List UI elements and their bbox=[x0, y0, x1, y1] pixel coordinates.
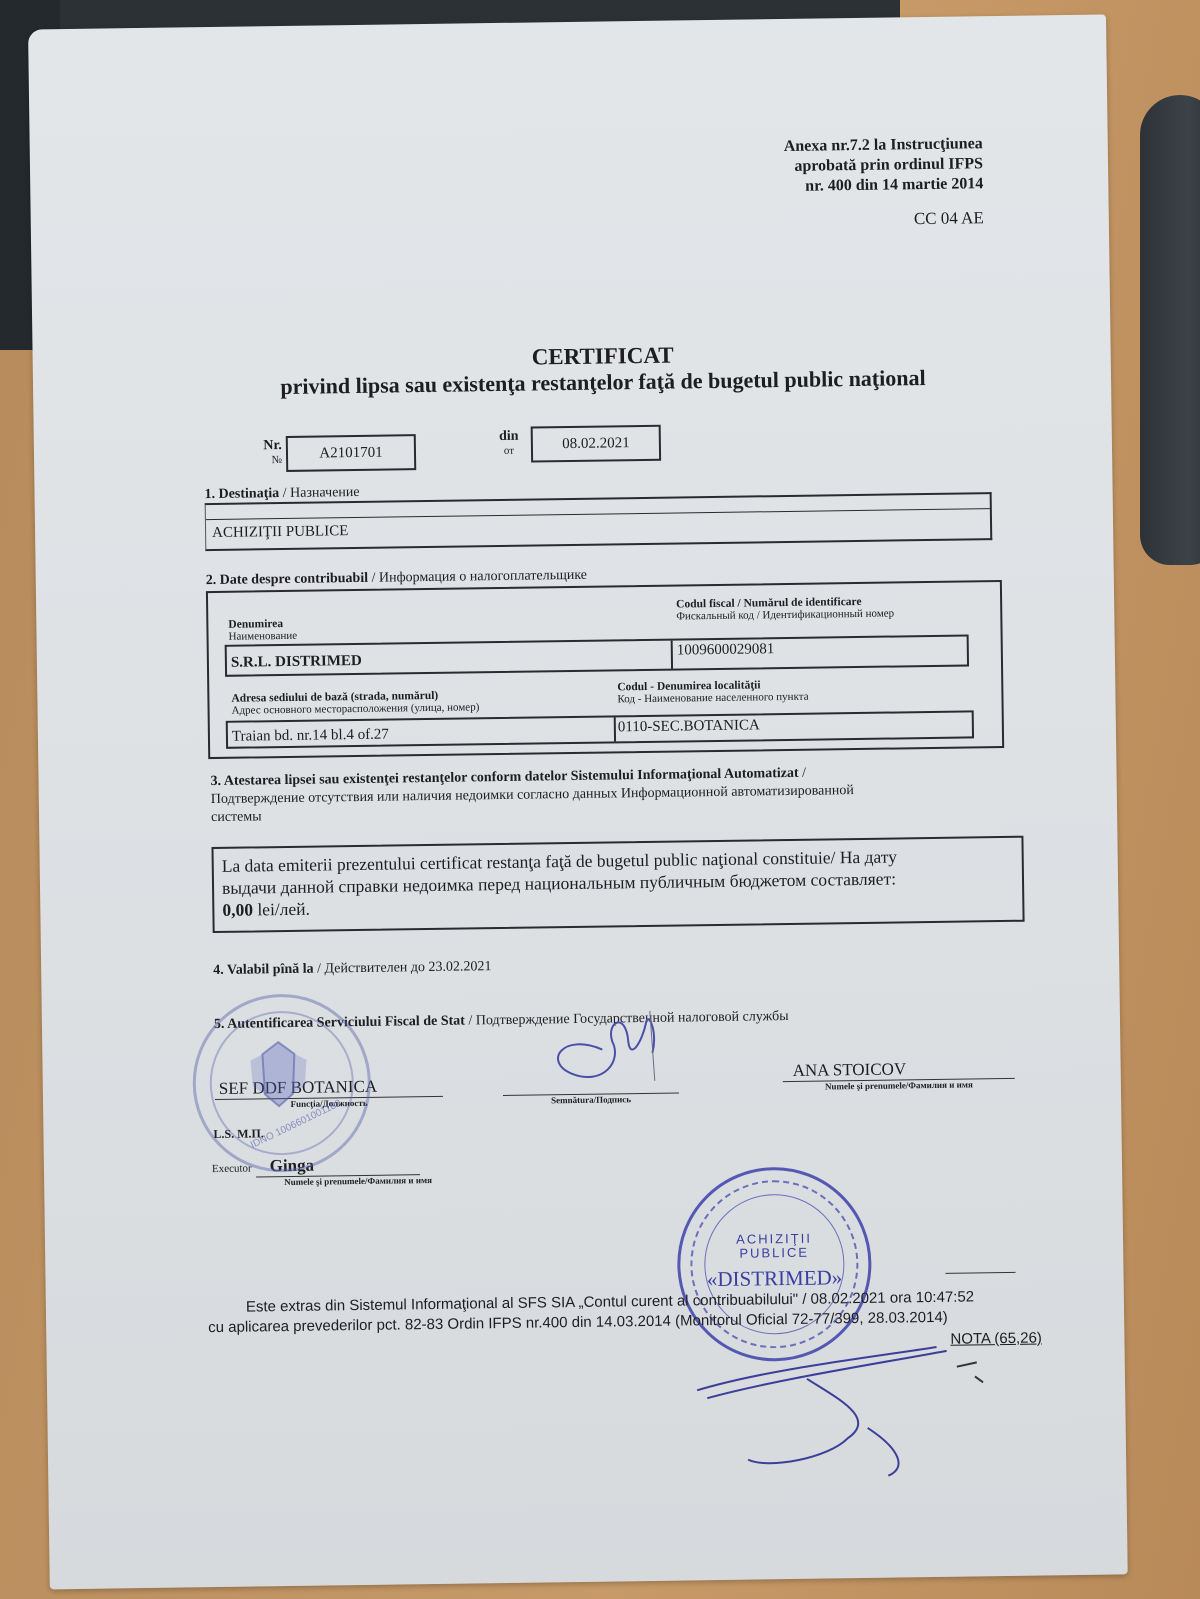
number-label: Nr. № bbox=[252, 438, 282, 466]
annex-line-1: Anexa nr.7.2 la Instrucţiunea bbox=[784, 134, 983, 157]
fiscal-code-label: Codul fiscal / Numărul de identificare Ф… bbox=[676, 595, 894, 622]
annex-line-2: aprobată prin ordinul IFPS bbox=[784, 154, 983, 177]
state-fiscal-stamp: IDNO 1006601001182 bbox=[192, 993, 372, 1173]
annex-line-3: nr. 400 din 14 martie 2014 bbox=[784, 174, 983, 197]
certificate-date: 08.02.2021 bbox=[531, 425, 661, 463]
coat-of-arms-icon bbox=[192, 993, 366, 1167]
address-label: Adresa sediului de bază (strada, numărul… bbox=[231, 689, 479, 716]
arrears-statement-box: La data emiterii prezentului certificat … bbox=[211, 836, 1024, 933]
desk-mouse bbox=[1140, 95, 1200, 565]
destination-value: ACHIZIŢII PUBLICE bbox=[212, 523, 348, 542]
company-stamp-name: «DISTRIMED» bbox=[680, 1265, 868, 1293]
certificate-number: A2101701 bbox=[286, 434, 416, 472]
section-3-title: 3. Atestarea lipsei sau existenţei resta… bbox=[210, 762, 1001, 827]
fiscal-code-value: 1009600029081 bbox=[677, 641, 775, 659]
official-name-field: ANA STOICOV Numele şi prenumele/Фамилия … bbox=[783, 1058, 1015, 1092]
section-1-box: ACHIZIŢII PUBLICE bbox=[205, 492, 993, 551]
address-value: Traian bd. nr.14 bl.4 of.27 bbox=[232, 727, 389, 746]
annex-reference: Anexa nr.7.2 la Instrucţiunea aprobată p… bbox=[784, 134, 984, 197]
locality-label: Codul - Denumirea localităţii Код - Наим… bbox=[617, 679, 808, 706]
name-label: Denumirea Наименование bbox=[228, 618, 297, 643]
date-label: din от bbox=[496, 429, 522, 457]
signature-scribble-icon bbox=[542, 1000, 683, 1092]
address-locality-row: Traian bd. nr.14 bl.4 of.27 0110-SEC.BOT… bbox=[226, 710, 974, 748]
form-code: CC 04 AE bbox=[914, 208, 984, 229]
taxpayer-name: S.R.L. DISTRIMED bbox=[231, 653, 362, 672]
section-4-validity: 4. Valabil pînă la / Действителен до 23.… bbox=[213, 959, 491, 979]
name-fiscal-row: S.R.L. DISTRIMED 1009600029081 bbox=[225, 634, 969, 676]
company-signature-icon bbox=[686, 1316, 1008, 1480]
taxpayer-box: Denumirea Наименование Codul fiscal / Nu… bbox=[206, 580, 1004, 759]
arrears-amount: 0,00 bbox=[222, 899, 253, 919]
certificate-document: Anexa nr.7.2 la Instrucţiunea aprobată p… bbox=[28, 14, 1128, 1589]
locality-value: 0110-SEC.BOTANICA bbox=[618, 717, 760, 736]
